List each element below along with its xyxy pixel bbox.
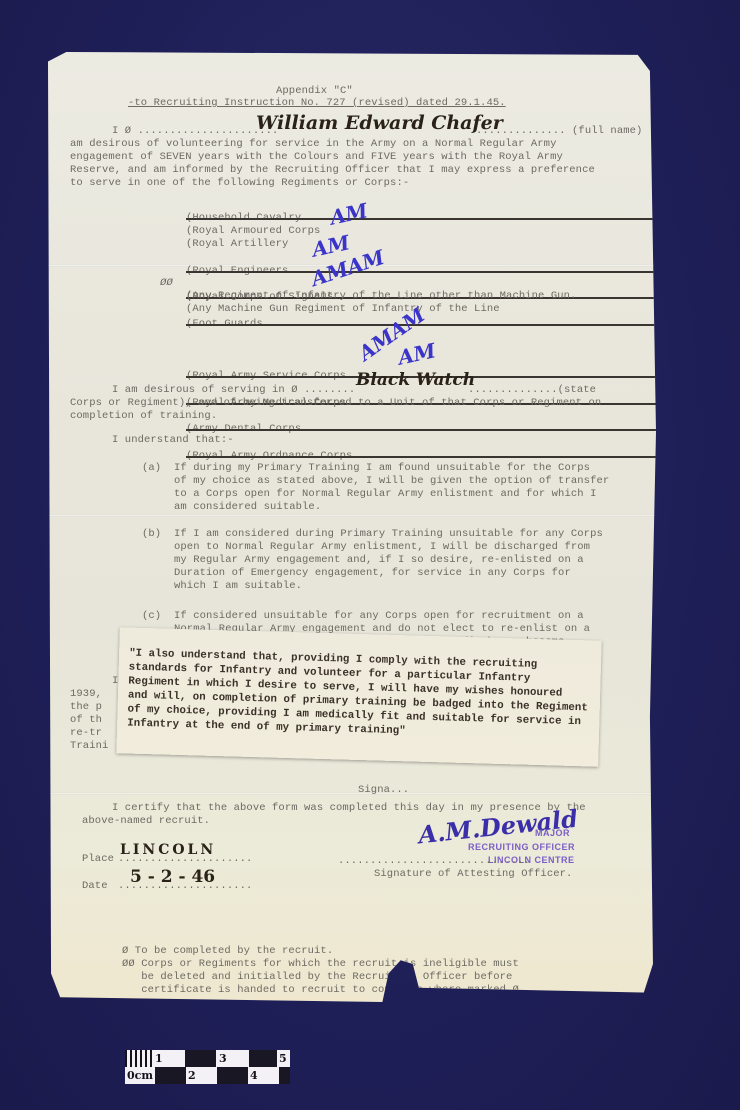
date-label: Date <box>82 880 108 894</box>
officer-signature-label: Signature of Attesting Officer. <box>374 868 572 882</box>
corps-item: (Any Regiment of Infantry of the Line ot… <box>186 290 576 304</box>
stamp-title: RECRUITING OFFICER <box>468 842 575 852</box>
corps-item-struck: (Royal Army Ordnance Corps. <box>186 450 740 464</box>
scale-label: 2 <box>186 1067 217 1084</box>
clause-a-line: of my choice as stated above, I will be … <box>174 475 609 489</box>
scale-block <box>279 1067 290 1084</box>
clause-b-line: which I am suitable. <box>174 580 302 594</box>
scale-label: 4 <box>248 1067 279 1084</box>
place-label: Place <box>82 853 114 867</box>
scale-block <box>185 1050 216 1067</box>
clause-b-line: my Regular Army engagement and, if I so … <box>174 554 584 568</box>
clause-c-label: (c) <box>142 610 161 624</box>
double-marker: ØØ <box>160 277 173 291</box>
paper-fold <box>48 792 656 795</box>
clause-b-line: If I am considered during Primary Traini… <box>174 528 603 542</box>
clause-a-line: If during my Primary Training I am found… <box>174 462 590 476</box>
clause-b-line: Duration of Emergency engagement, for se… <box>174 567 571 581</box>
stamp-rank: MAJOR <box>535 828 570 838</box>
scale-label: 0cm <box>125 1067 155 1084</box>
clause-a-line: to a Corps open for Normal Regular Army … <box>174 488 596 502</box>
pasted-amendment-slip: "I also understand that, providing I com… <box>116 627 601 766</box>
paper-fold <box>48 514 656 517</box>
scale-label: 1 <box>153 1050 184 1067</box>
clause-a-line: am considered suitable. <box>174 501 321 515</box>
hidden-paragraph-line: the p <box>70 701 102 715</box>
declaration-line: Reserve, and am informed by the Recruiti… <box>70 164 595 178</box>
scale-mm-ticks <box>125 1050 153 1067</box>
clause-c-line: If considered unsuitable for any Corps o… <box>174 610 584 624</box>
recruit-name-handwritten: William Edward Chafer <box>256 112 503 134</box>
date-handwritten: 5 - 2 - 46 <box>130 867 215 887</box>
corps-item-struck: (Foot Guards <box>186 318 740 332</box>
understand-heading: I understand that:- <box>112 434 234 448</box>
corps-item-struck: (Army Dental Corps <box>186 423 740 437</box>
place-handwritten: LINCOLN <box>120 842 216 858</box>
clause-b-label: (b) <box>142 528 161 542</box>
centimetre-scale-bar: 1 3 5 0cm 2 4 <box>125 1050 290 1084</box>
scale-label: 3 <box>217 1050 248 1067</box>
clause-a-label: (a) <box>142 462 161 476</box>
preference-prefix: I am desirous of serving in Ø ........ <box>112 384 355 398</box>
corps-item: (Any Machine Gun Regiment of Infantry of… <box>186 303 500 317</box>
declaration-line: to serve in one of the following Regimen… <box>70 177 409 191</box>
hidden-paragraph-line: re-tr <box>70 727 102 741</box>
scale-block <box>249 1050 280 1067</box>
footnote-double-marker: ØØ Corps or Regiments for which the recr… <box>122 958 519 972</box>
officer-initials: AM <box>396 338 438 369</box>
corps-item: (Royal Armoured Corps <box>186 225 320 239</box>
clause-b-line: open to Normal Regular Army enlistment, … <box>174 541 590 555</box>
recruit-signature-label: Signa... <box>358 784 409 798</box>
enlistment-form-document: Appendix "C" -to Recruiting Instruction … <box>48 52 656 1002</box>
corps-item-struck: (Household Cavalry <box>186 212 740 226</box>
declaration-line: am desirous of volunteering for service … <box>70 138 556 152</box>
scale-label: 5 <box>277 1050 290 1067</box>
regiment-handwritten: Black Watch <box>356 370 475 390</box>
recruiting-instruction-heading: -to Recruiting Instruction No. 727 (revi… <box>128 97 506 111</box>
hidden-paragraph-line: Traini <box>70 740 108 754</box>
preference-line: Corps or Regiment), and of being transfe… <box>70 397 601 411</box>
footnote-line: be deleted and initialled by the Recruit… <box>122 971 512 985</box>
name-line-suffix: .............. (full name) <box>476 125 642 139</box>
name-line-prefix: I Ø ...................... <box>112 125 278 139</box>
declaration-line: engagement of SEVEN years with the Colou… <box>70 151 563 165</box>
scale-block <box>217 1067 248 1084</box>
officer-signature-dots: .............................. <box>338 855 530 869</box>
hidden-paragraph-line: 1939, <box>70 688 102 702</box>
corps-item: (Royal Artillery <box>186 238 288 252</box>
corps-item-struck: (Royal Engineers <box>186 265 740 279</box>
hidden-paragraph-line: of th <box>70 714 102 728</box>
preference-suffix: ..............(state <box>468 384 596 398</box>
footnote-line: certificate is handed to recruit to comp… <box>122 984 519 998</box>
scale-block <box>155 1067 186 1084</box>
footnote-single-marker: Ø To be completed by the recruit. <box>122 945 333 959</box>
certification-line: above-named recruit. <box>82 815 210 829</box>
preference-line: completion of training. <box>70 410 217 424</box>
